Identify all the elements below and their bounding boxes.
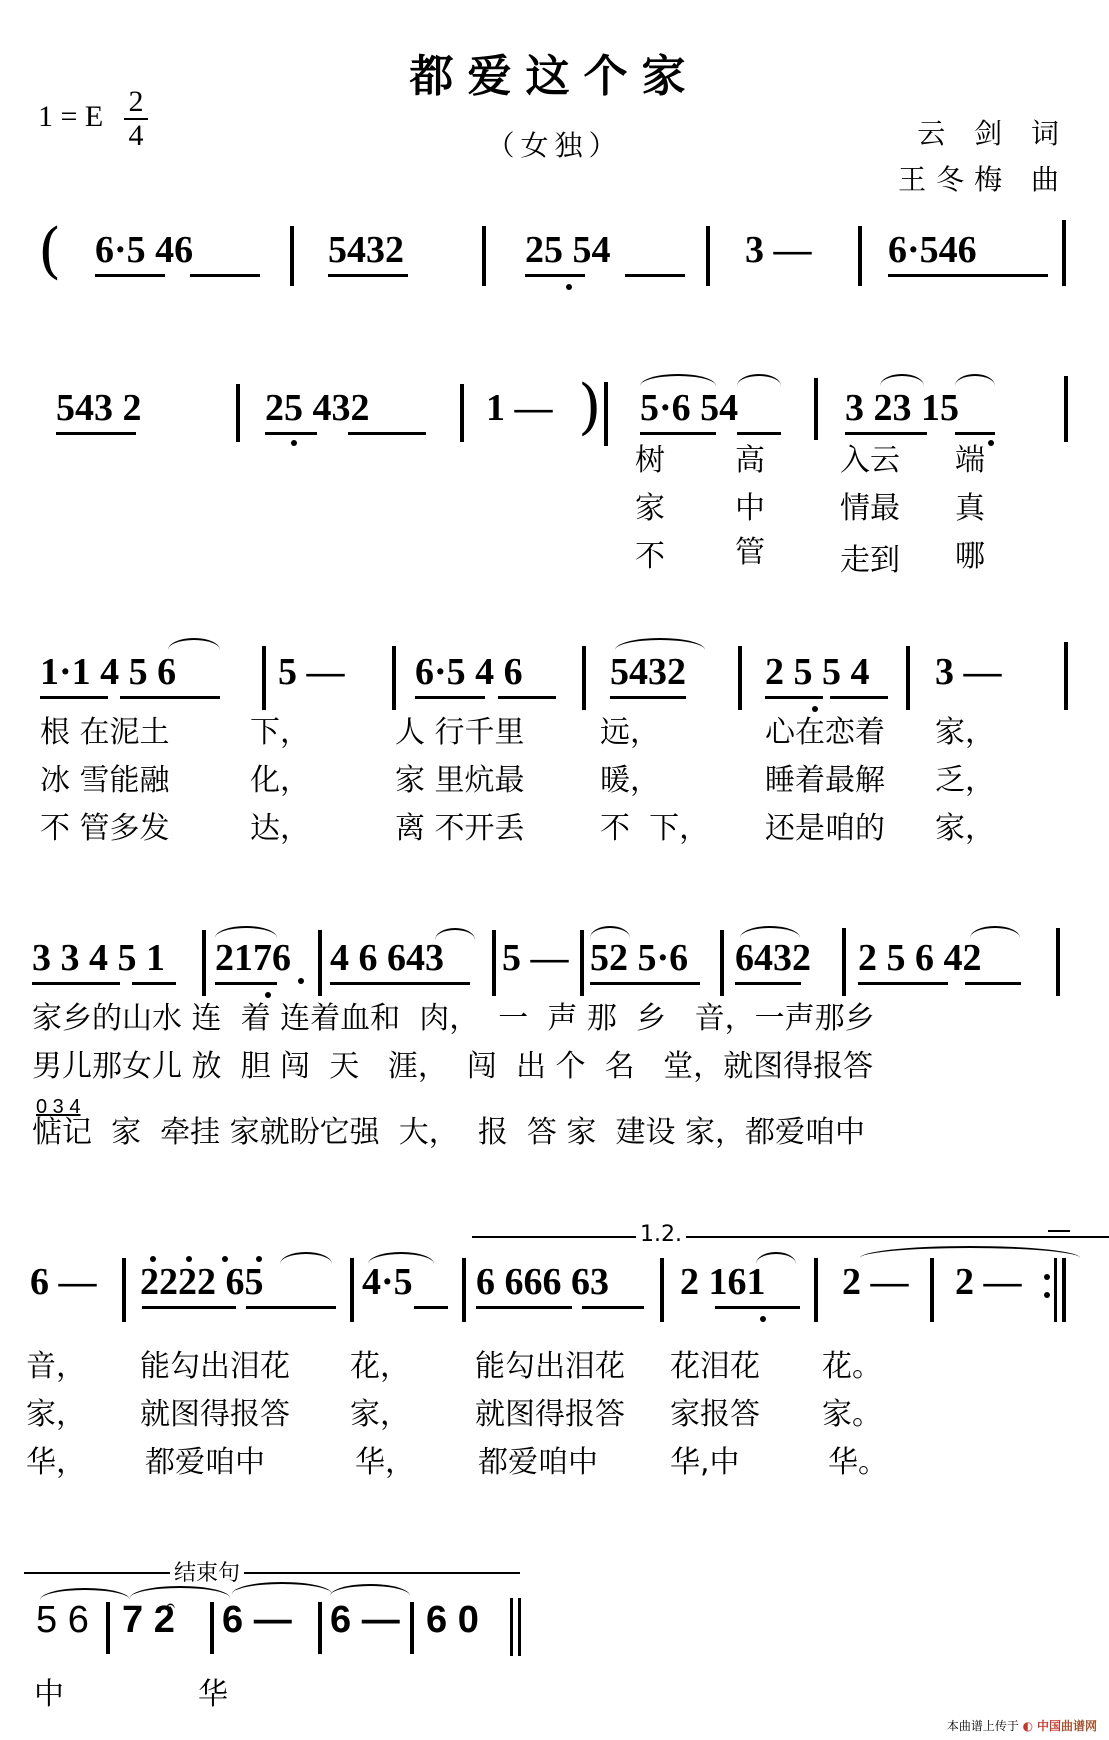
underline	[640, 432, 716, 435]
lyric: 树	[635, 444, 665, 478]
lyric: 高	[735, 444, 765, 478]
underline	[246, 1306, 336, 1309]
lyric: 能勾出泪花	[475, 1350, 625, 1384]
slur	[737, 374, 781, 386]
bar-line	[460, 384, 464, 442]
slur	[756, 1252, 796, 1264]
underline	[348, 432, 426, 435]
bar-line	[1062, 220, 1066, 286]
slur	[955, 374, 995, 386]
underline	[215, 982, 277, 985]
underline	[328, 274, 408, 277]
lyric: 人 行千里	[395, 716, 525, 750]
time-signature-top: 2	[124, 86, 148, 120]
measure: 5432	[328, 230, 404, 270]
lyric: 男儿那女儿 放 胆 闯 天 涯， 闯 出 个 名 堂，就图得报答	[32, 1050, 873, 1084]
measure: 3 23 15	[845, 388, 959, 428]
underline	[845, 432, 927, 435]
lyric: 就图得报答	[475, 1398, 625, 1432]
bar-line	[318, 1602, 322, 1654]
measure: 6·546	[888, 230, 977, 270]
underline	[715, 1306, 800, 1309]
composer-credit: 王冬梅 曲	[898, 158, 1069, 198]
underline	[625, 274, 685, 277]
lyric: 家 里炕最	[395, 764, 525, 798]
lyric: 乏，	[935, 764, 995, 798]
lyric: 化，	[250, 764, 310, 798]
slur	[615, 638, 705, 650]
lyric: 华,中	[670, 1446, 740, 1480]
low-octave-dot	[298, 978, 304, 984]
lyric: 家。	[822, 1398, 882, 1432]
slur	[740, 926, 800, 938]
bar-line	[122, 1258, 126, 1322]
lyric: 华	[198, 1678, 228, 1712]
lyric: 家，	[935, 812, 995, 846]
measure: 6 —	[30, 1262, 97, 1302]
underline	[888, 274, 1048, 277]
lyric: 都爱咱中	[478, 1446, 598, 1480]
bar-line	[660, 1258, 664, 1322]
measure: 2 161	[680, 1262, 766, 1302]
measure: 1·1 4 5 6	[40, 652, 176, 692]
underline	[498, 696, 556, 699]
lyric: 入云	[840, 444, 900, 478]
final-bar-thin	[510, 1598, 513, 1656]
measure: 6 —	[330, 1600, 400, 1640]
measure: 2 —	[955, 1262, 1022, 1302]
repeat-bar-thin	[1054, 1258, 1057, 1322]
measure: 2 5 5 4	[765, 652, 870, 692]
measure: 4 6 643	[330, 938, 444, 978]
lyric: 中	[735, 492, 765, 526]
bar-line	[318, 930, 322, 996]
lyric: 情最	[840, 492, 900, 526]
lyric: 花，	[350, 1350, 410, 1384]
bar-line	[720, 930, 724, 996]
bar-line	[738, 646, 742, 710]
lyric: 管	[735, 536, 765, 570]
bar-line	[842, 928, 846, 996]
slur	[880, 374, 924, 386]
bar-line	[350, 1258, 354, 1322]
lyric: 家乡的山水 连 着 连着血和 肉， 一 声 那 乡 音，一声那乡	[32, 1002, 875, 1036]
repeat-dot	[1044, 1292, 1050, 1298]
measure: 2176	[215, 938, 291, 978]
bar-line	[814, 1258, 818, 1322]
bar-line	[582, 646, 586, 710]
lyric: 就图得报答	[140, 1398, 290, 1432]
underline	[858, 982, 948, 985]
lyric: 走到	[840, 544, 900, 578]
site-name-b: 曲谱网	[1061, 1719, 1097, 1733]
lyric: 花。	[822, 1350, 882, 1384]
measure: 2 —	[842, 1262, 909, 1302]
high-octave-dot	[256, 1256, 262, 1262]
slur	[130, 1586, 230, 1598]
slur	[368, 1252, 434, 1264]
underline	[955, 432, 995, 435]
underline	[40, 696, 108, 699]
bar-line	[814, 378, 818, 440]
underline	[265, 432, 317, 435]
measure: 3 3 4 5 1	[32, 938, 165, 978]
measure: 4·5	[362, 1262, 413, 1302]
lyric: 睡着最解	[765, 764, 885, 798]
low-octave-dot	[291, 440, 297, 446]
measure: 543 2	[56, 388, 142, 428]
measure: 5 6	[36, 1600, 89, 1640]
low-octave-dot	[265, 992, 271, 998]
site-logo-icon: ◐	[1023, 1719, 1033, 1733]
bar-line	[930, 1258, 934, 1322]
underline	[120, 696, 220, 699]
repeat-dot	[1044, 1274, 1050, 1280]
bar-line	[482, 226, 486, 286]
lyric: 家报答	[670, 1398, 760, 1432]
underline	[610, 696, 686, 699]
slur	[232, 1582, 332, 1594]
lyric: 不 管多发	[40, 812, 170, 846]
underline	[32, 982, 120, 985]
fermata-icon: 𝄐	[166, 1596, 175, 1616]
underline	[56, 432, 136, 435]
lyric: 下，	[250, 716, 310, 750]
slur	[168, 638, 220, 650]
underline	[735, 982, 801, 985]
underline	[590, 982, 700, 985]
underline	[965, 982, 1021, 985]
lyric: 哪	[955, 540, 985, 574]
underline	[765, 696, 823, 699]
lyric: 家，	[350, 1398, 410, 1432]
measure: 6·5 4 6	[415, 652, 523, 692]
slur	[970, 926, 1020, 938]
lyric: 家，	[26, 1398, 86, 1432]
bar-line	[604, 382, 608, 446]
measure: 25 54	[525, 230, 611, 270]
lyric: 根 在泥土	[40, 716, 170, 750]
upload-text: 本曲谱上传于	[947, 1719, 1019, 1733]
bar-line	[262, 646, 266, 710]
underline	[830, 696, 888, 699]
repeat-bar-thick	[1062, 1258, 1066, 1322]
slur	[280, 1252, 332, 1264]
lyricist-credit: 云 剑 词	[917, 112, 1069, 152]
measure: 5 —	[278, 652, 345, 692]
measure: 5432	[610, 652, 686, 692]
lyric: 达，	[250, 812, 310, 846]
bar-line	[858, 226, 862, 286]
song-title: 都爱这个家	[0, 40, 1109, 104]
measure: 3 —	[745, 230, 812, 270]
lyric: 都爱咱中	[145, 1446, 265, 1480]
lyric: 心在恋着	[765, 716, 885, 750]
underline	[190, 274, 260, 277]
measure: 25 432	[265, 388, 370, 428]
bar-line	[392, 646, 396, 710]
bar-line	[210, 1602, 214, 1654]
high-octave-dot	[150, 1256, 156, 1262]
bar-line	[706, 226, 710, 286]
bar-line	[106, 1602, 110, 1654]
low-octave-dot	[566, 284, 572, 290]
lyric: 音，	[26, 1350, 86, 1384]
lyric: 不 下，	[600, 812, 709, 846]
bar-line	[1064, 376, 1068, 442]
tie	[860, 1246, 1080, 1258]
lyric: 冰 雪能融	[40, 764, 170, 798]
slur	[215, 926, 277, 938]
underline	[737, 432, 781, 435]
lyric: 惦记 家 牵挂 家就盼它强 大， 报 答 家 建设 家，都爱咱中	[32, 1116, 865, 1150]
coda-label: 结束句	[170, 1556, 244, 1587]
underline	[132, 982, 176, 985]
bar-line	[1056, 928, 1060, 996]
measure: 5·6 54	[640, 388, 738, 428]
low-octave-dot	[988, 440, 994, 446]
lyric: 不	[635, 540, 665, 574]
measure: 2222 65	[140, 1262, 264, 1302]
measure: 5 —	[502, 938, 569, 978]
final-bar-thin	[518, 1598, 521, 1656]
bar-line	[492, 930, 496, 996]
underline	[330, 982, 470, 985]
intro-close-paren: )	[578, 372, 601, 442]
low-octave-dot	[760, 1316, 766, 1322]
lyric: 远，	[600, 716, 660, 750]
volta-label: 1.2.	[636, 1222, 686, 1247]
measure: 6 —	[222, 1600, 292, 1640]
underline	[525, 274, 585, 277]
measure: 1 —	[486, 388, 553, 428]
lyric: 家	[635, 492, 665, 526]
lyric: 真	[955, 492, 985, 526]
bar-line	[580, 930, 584, 996]
watermark: 本曲谱上传于 ◐ 中国曲谱网	[947, 1717, 1097, 1734]
lyric: 华，	[26, 1446, 86, 1480]
lyric: 中	[34, 1678, 64, 1712]
slur	[640, 374, 716, 386]
slur	[435, 928, 475, 940]
lyric: 家，	[935, 716, 995, 750]
bar-line	[906, 646, 910, 710]
bar-line	[290, 226, 294, 286]
underline	[476, 1306, 572, 1309]
repeat-bracket-start	[1048, 1230, 1070, 1232]
measure: 52 5·6	[590, 938, 688, 978]
slur	[590, 926, 630, 938]
lyric: 花泪花	[670, 1350, 760, 1384]
measure: 2 5 6 42	[858, 938, 982, 978]
volta-bracket	[472, 1236, 1109, 1238]
bar-line	[236, 384, 240, 442]
measure: 3 —	[935, 652, 1002, 692]
lyric: 暖，	[600, 764, 660, 798]
site-name-a: 中国	[1037, 1719, 1061, 1733]
underline	[582, 1306, 644, 1309]
high-octave-dot	[222, 1256, 228, 1262]
measure: 6432	[735, 938, 811, 978]
bar-line	[462, 1258, 466, 1322]
high-octave-dot	[186, 1256, 192, 1262]
low-octave-dot	[812, 706, 818, 712]
intro-open-paren: (	[38, 216, 61, 286]
underline	[415, 696, 485, 699]
underline	[95, 274, 165, 277]
measure: 6·5 46	[95, 230, 193, 270]
bar-line	[1064, 642, 1068, 710]
bar-line	[202, 930, 206, 996]
lyric: 离 不开丢	[395, 812, 525, 846]
lyric: 华。	[828, 1446, 888, 1480]
underline	[142, 1306, 236, 1309]
slur	[330, 1584, 410, 1596]
lyric: 端	[955, 444, 985, 478]
lyric: 还是咱的	[765, 812, 885, 846]
underline	[414, 1306, 448, 1309]
bar-line	[410, 1602, 414, 1654]
lyric: 能勾出泪花	[140, 1350, 290, 1384]
coda-bracket	[24, 1572, 520, 1574]
lyric: 华，	[355, 1446, 415, 1480]
measure: 6 666 63	[476, 1262, 609, 1302]
measure: 6 0	[426, 1600, 479, 1640]
